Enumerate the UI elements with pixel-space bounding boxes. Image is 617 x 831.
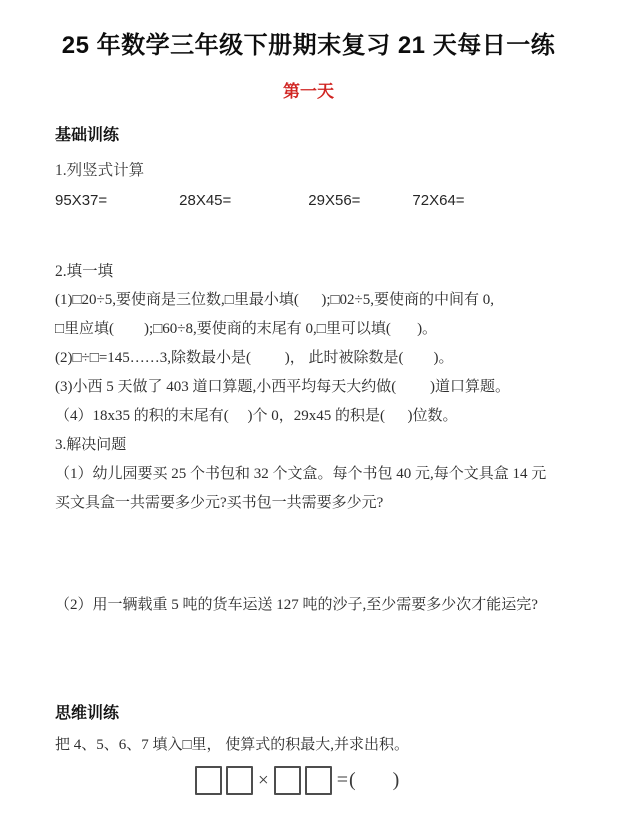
blank-box-4 xyxy=(305,766,332,795)
thinking-prompt: 把 4、5、6、7 填入□里， 使算式的积最大,并求出积。 xyxy=(55,731,589,760)
worksheet-page: 25 年数学三年级下册期末复习 21 天每日一练 第一天 基础训练 1.列竖式计… xyxy=(0,0,617,831)
q1-label: 1.列竖式计算 xyxy=(55,158,589,180)
q1-problem-3: 29X56= xyxy=(308,192,360,209)
section-heading-basic: 基础训练 xyxy=(55,122,589,145)
worksheet-body: 基础训练 1.列竖式计算 95X37= 28X45= 29X56= 72X64=… xyxy=(0,122,617,795)
q2-label: 2.填一填 xyxy=(55,259,589,281)
equation-result-blank: =( ) xyxy=(337,767,401,794)
q1-problem-1: 95X37= xyxy=(55,192,107,209)
equation-row: × =( ) xyxy=(55,766,589,795)
q1-problems-row: 95X37= 28X45= 29X56= 72X64= xyxy=(55,192,589,209)
q3-item1-line-1: （1）幼儿园要买 25 个书包和 32 个文盒。每个书包 40 元,每个文具盒 … xyxy=(55,460,589,489)
blank-box-2 xyxy=(226,766,253,795)
q3-item2: （2）用一辆载重 5 吨的货车运送 127 吨的沙子,至少需要多少次才能运完? xyxy=(55,591,589,620)
q2-line-2: □里应填( );□60÷8,要使商的末尾有 0,□里可以填( )。 xyxy=(55,315,589,344)
q3-item1-line-2: 买文具盒一共需要多少元?买书包一共需要多少元? xyxy=(55,489,589,518)
q1-problem-2: 28X45= xyxy=(179,192,231,209)
blank-box-1 xyxy=(195,766,222,795)
section-heading-thinking: 思维训练 xyxy=(55,700,589,723)
q1-problem-4: 72X64= xyxy=(412,192,464,209)
q2-line-3: (2)□÷□=145……3,除数最小是( )， 此时被除数是( )。 xyxy=(55,344,589,373)
day-subtitle: 第一天 xyxy=(0,77,617,102)
q2-line-5: （4）18x35 的积的末尾有( )个 0，29x45 的积是( )位数。 xyxy=(55,402,589,431)
blank-box-3 xyxy=(274,766,301,795)
q3-label: 3.解决问题 xyxy=(55,431,589,460)
q2-line-4: (3)小西 5 天做了 403 道口算题,小西平均每天大约做( )道口算题。 xyxy=(55,373,589,402)
page-title: 25 年数学三年级下册期末复习 21 天每日一练 xyxy=(0,0,617,60)
multiply-sign: × xyxy=(258,768,269,793)
q2-line-1: (1)□20÷5,要使商是三位数,□里最小填( );□02÷5,要使商的中间有 … xyxy=(55,286,589,315)
